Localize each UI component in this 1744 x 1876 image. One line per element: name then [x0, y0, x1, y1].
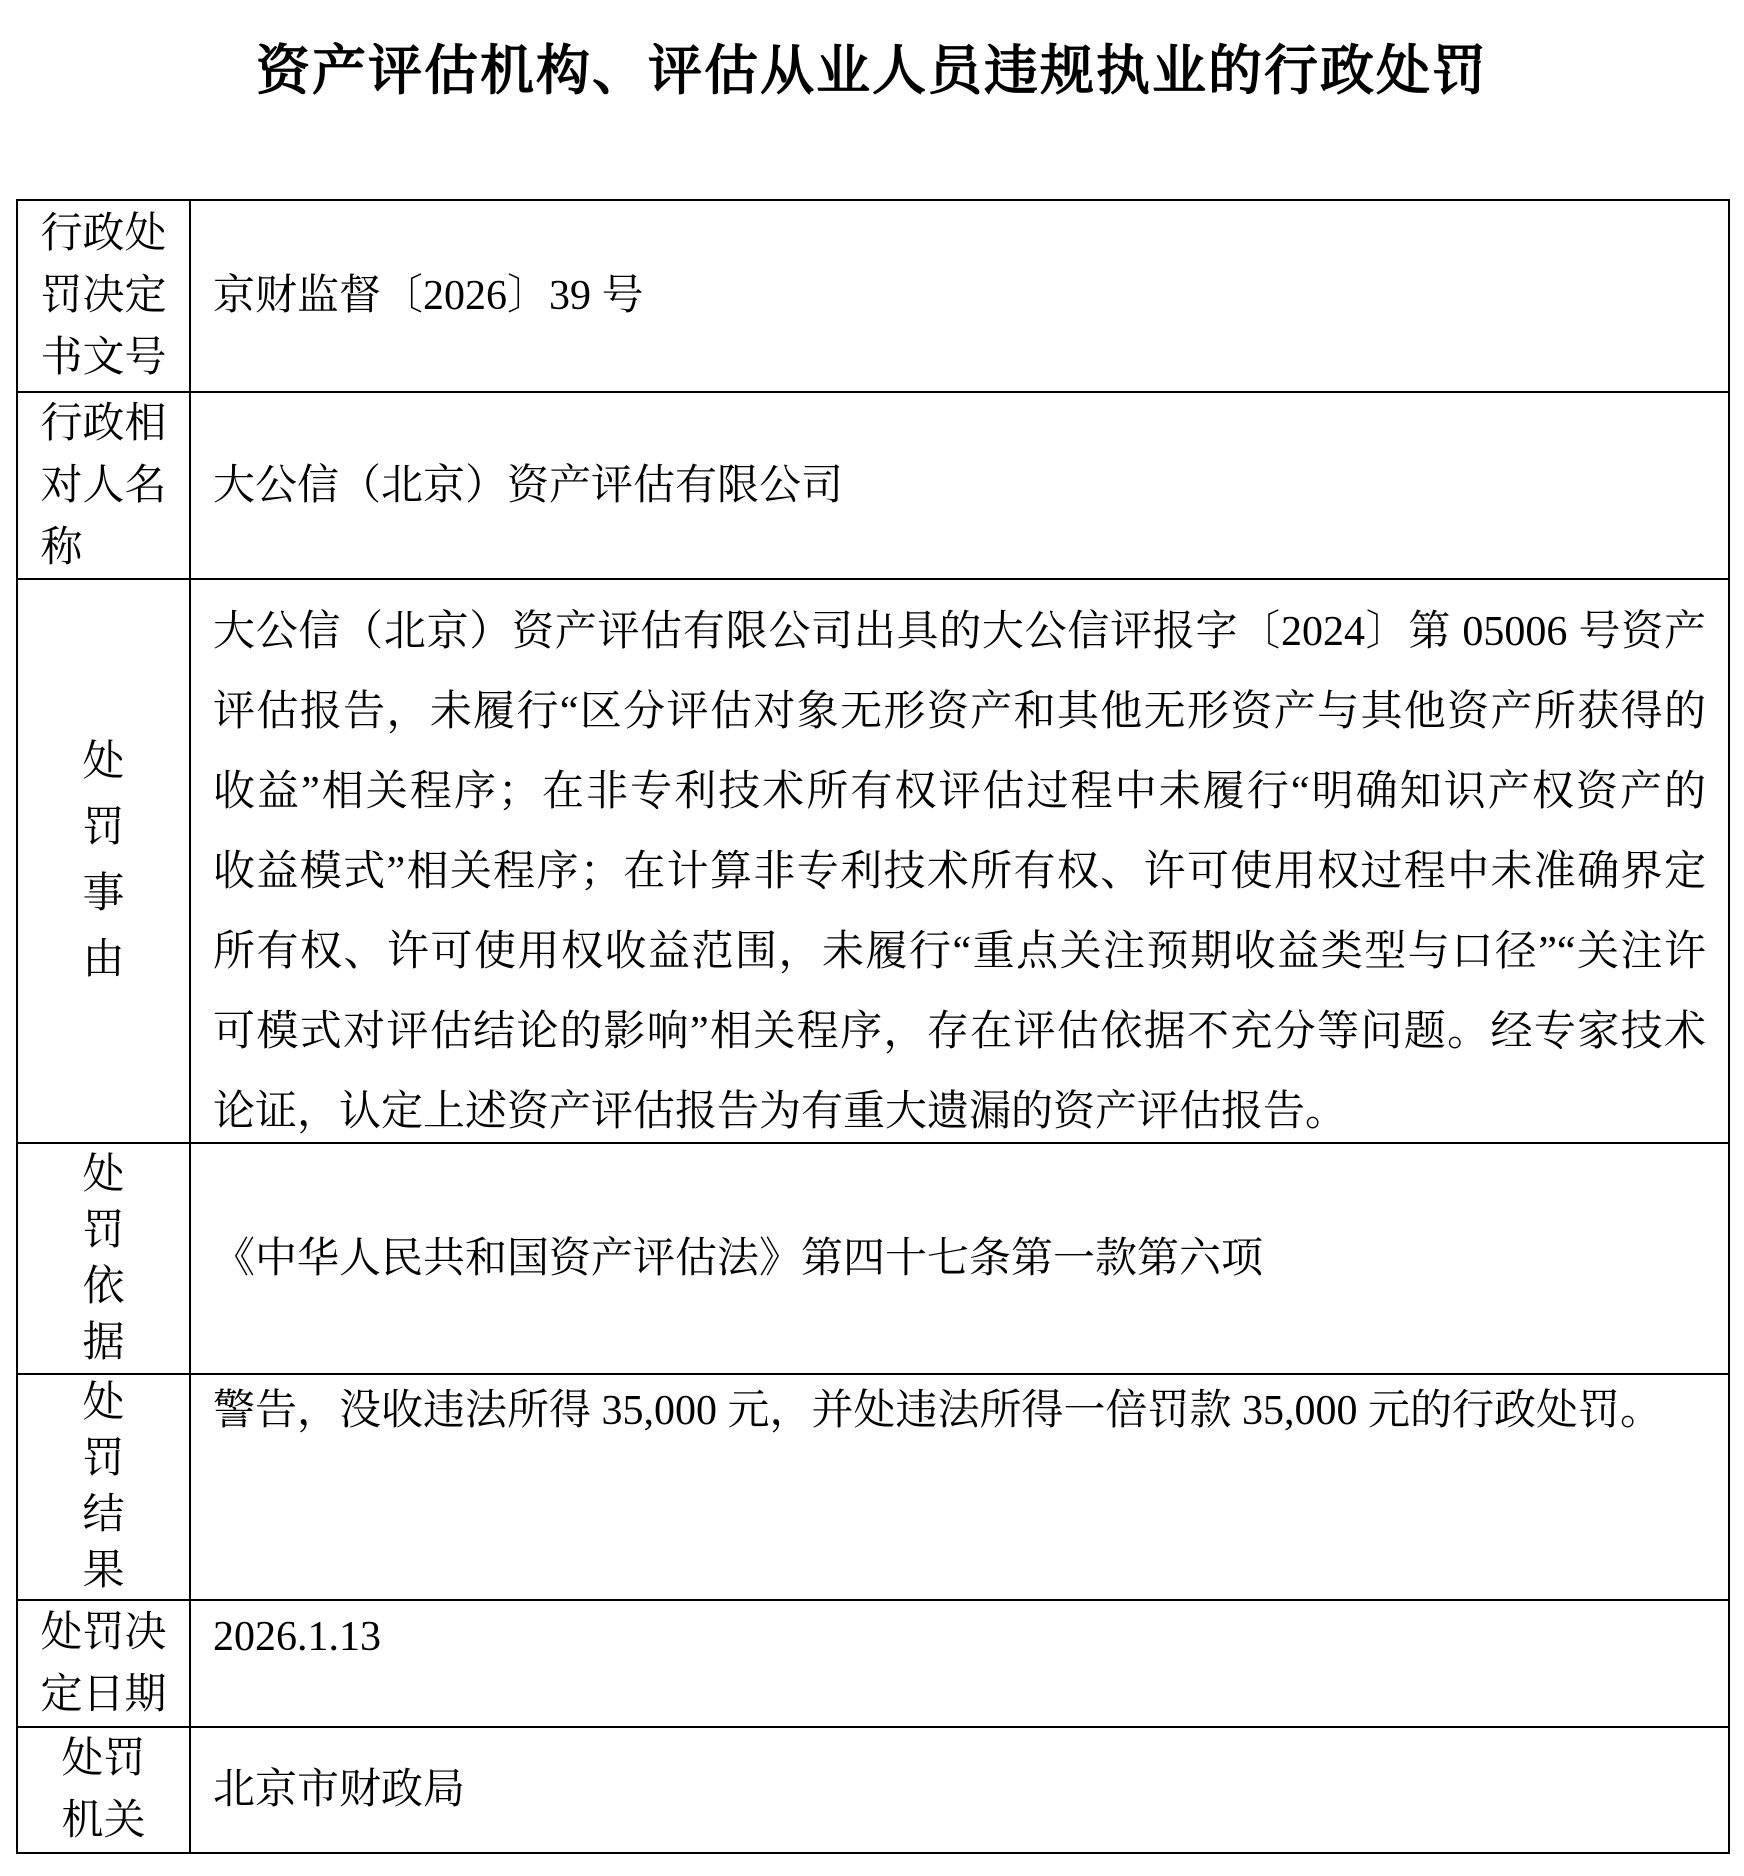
table-row-decision-number: 行政处 罚决定 书文号 京财监督〔2026〕39 号	[18, 201, 1728, 391]
label-line: 依	[82, 1259, 124, 1315]
row-value-penalty-authority: 北京市财政局	[191, 1728, 1728, 1852]
row-label-penalty-authority: 处罚 机关	[18, 1728, 191, 1852]
decision-number-text: 京财监督〔2026〕39 号	[213, 266, 644, 326]
reason-line: 所有权、许可使用权收益范围，未履行“重点关注预期收益类型与口径”“关注许	[213, 912, 1706, 992]
table-row-penalty-basis: 处 罚 依 据 《中华人民共和国资产评估法》第四十七条第一款第六项	[18, 1142, 1728, 1373]
party-name-text: 大公信（北京）资产评估有限公司	[213, 456, 843, 516]
table-row-party-name: 行政相 对人名 称 大公信（北京）资产评估有限公司	[18, 391, 1728, 578]
row-label-penalty-result: 处 罚 结 果	[18, 1375, 191, 1599]
label-line: 罚	[82, 1203, 124, 1259]
row-label-party-name: 行政相 对人名 称	[18, 393, 191, 578]
row-value-penalty-reason: 大公信（北京）资产评估有限公司出具的大公信评报字〔2024〕第 05006 号资…	[191, 580, 1728, 1142]
row-label-decision-number: 行政处 罚决定 书文号	[18, 201, 191, 391]
label-line: 处罚决	[40, 1602, 166, 1664]
label-line: 处	[82, 1147, 124, 1203]
label-line: 定日期	[40, 1664, 166, 1726]
penalty-document-page: { "title": "资产评估机构、评估从业人员违规执业的行政处罚", "ta…	[0, 0, 1744, 1876]
label-line: 事	[82, 861, 124, 927]
row-value-penalty-result: 警告，没收违法所得 35,000 元，并处违法所得一倍罚款 35,000 元的行…	[191, 1375, 1728, 1599]
penalty-result-text: 警告，没收违法所得 35,000 元，并处违法所得一倍罚款 35,000 元的行…	[213, 1379, 1706, 1443]
label-line: 机关	[61, 1790, 145, 1852]
label-line: 结	[82, 1487, 124, 1543]
label-line: 罚决定	[40, 265, 166, 327]
row-label-decision-date: 处罚决 定日期	[18, 1601, 191, 1726]
penalty-table: 行政处 罚决定 书文号 京财监督〔2026〕39 号 行政相 对人名 称 大公信…	[16, 199, 1730, 1854]
label-line: 罚	[82, 795, 124, 861]
label-line: 果	[82, 1543, 124, 1599]
reason-line: 论证，认定上述资产评估报告为有重大遗漏的资产评估报告。	[213, 1072, 1706, 1142]
penalty-authority-text: 北京市财政局	[213, 1760, 465, 1820]
table-row-decision-date: 处罚决 定日期 2026.1.13	[18, 1599, 1728, 1726]
row-label-penalty-basis: 处 罚 依 据	[18, 1144, 191, 1373]
label-line: 由	[82, 927, 124, 993]
table-row-penalty-result: 处 罚 结 果 警告，没收违法所得 35,000 元，并处违法所得一倍罚款 35…	[18, 1373, 1728, 1599]
reason-line: 评估报告，未履行“区分评估对象无形资产和其他无形资产与其他资产所获得的	[213, 672, 1706, 752]
reason-line: 收益”相关程序；在非专利技术所有权评估过程中未履行“明确知识产权资产的	[213, 752, 1706, 832]
label-line: 行政相	[40, 393, 166, 455]
page-title: 资产评估机构、评估从业人员违规执业的行政处罚	[0, 28, 1744, 105]
label-line: 处	[82, 1375, 124, 1431]
reason-line: 收益模式”相关程序；在计算非专利技术所有权、许可使用权过程中未准确界定	[213, 832, 1706, 912]
label-line: 书文号	[40, 327, 166, 389]
label-line: 称	[40, 517, 166, 579]
label-line: 罚	[82, 1431, 124, 1487]
reason-line: 大公信（北京）资产评估有限公司出具的大公信评报字〔2024〕第 05006 号资…	[213, 592, 1706, 672]
decision-date-text: 2026.1.13	[213, 1605, 1706, 1669]
table-row-penalty-authority: 处罚 机关 北京市财政局	[18, 1726, 1728, 1852]
label-line: 行政处	[40, 203, 166, 265]
label-line: 据	[82, 1315, 124, 1371]
label-line: 处罚	[61, 1728, 145, 1790]
table-row-penalty-reason: 处 罚 事 由 大公信（北京）资产评估有限公司出具的大公信评报字〔2024〕第 …	[18, 578, 1728, 1142]
row-value-decision-number: 京财监督〔2026〕39 号	[191, 201, 1728, 391]
row-label-penalty-reason: 处 罚 事 由	[18, 580, 191, 1142]
reason-line: 可模式对评估结论的影响”相关程序，存在评估依据不充分等问题。经专家技术	[213, 992, 1706, 1072]
penalty-basis-text: 《中华人民共和国资产评估法》第四十七条第一款第六项	[213, 1229, 1263, 1289]
label-line: 对人名	[40, 455, 166, 517]
row-value-penalty-basis: 《中华人民共和国资产评估法》第四十七条第一款第六项	[191, 1144, 1728, 1373]
label-line: 处	[82, 729, 124, 795]
row-value-decision-date: 2026.1.13	[191, 1601, 1728, 1726]
row-value-party-name: 大公信（北京）资产评估有限公司	[191, 393, 1728, 578]
